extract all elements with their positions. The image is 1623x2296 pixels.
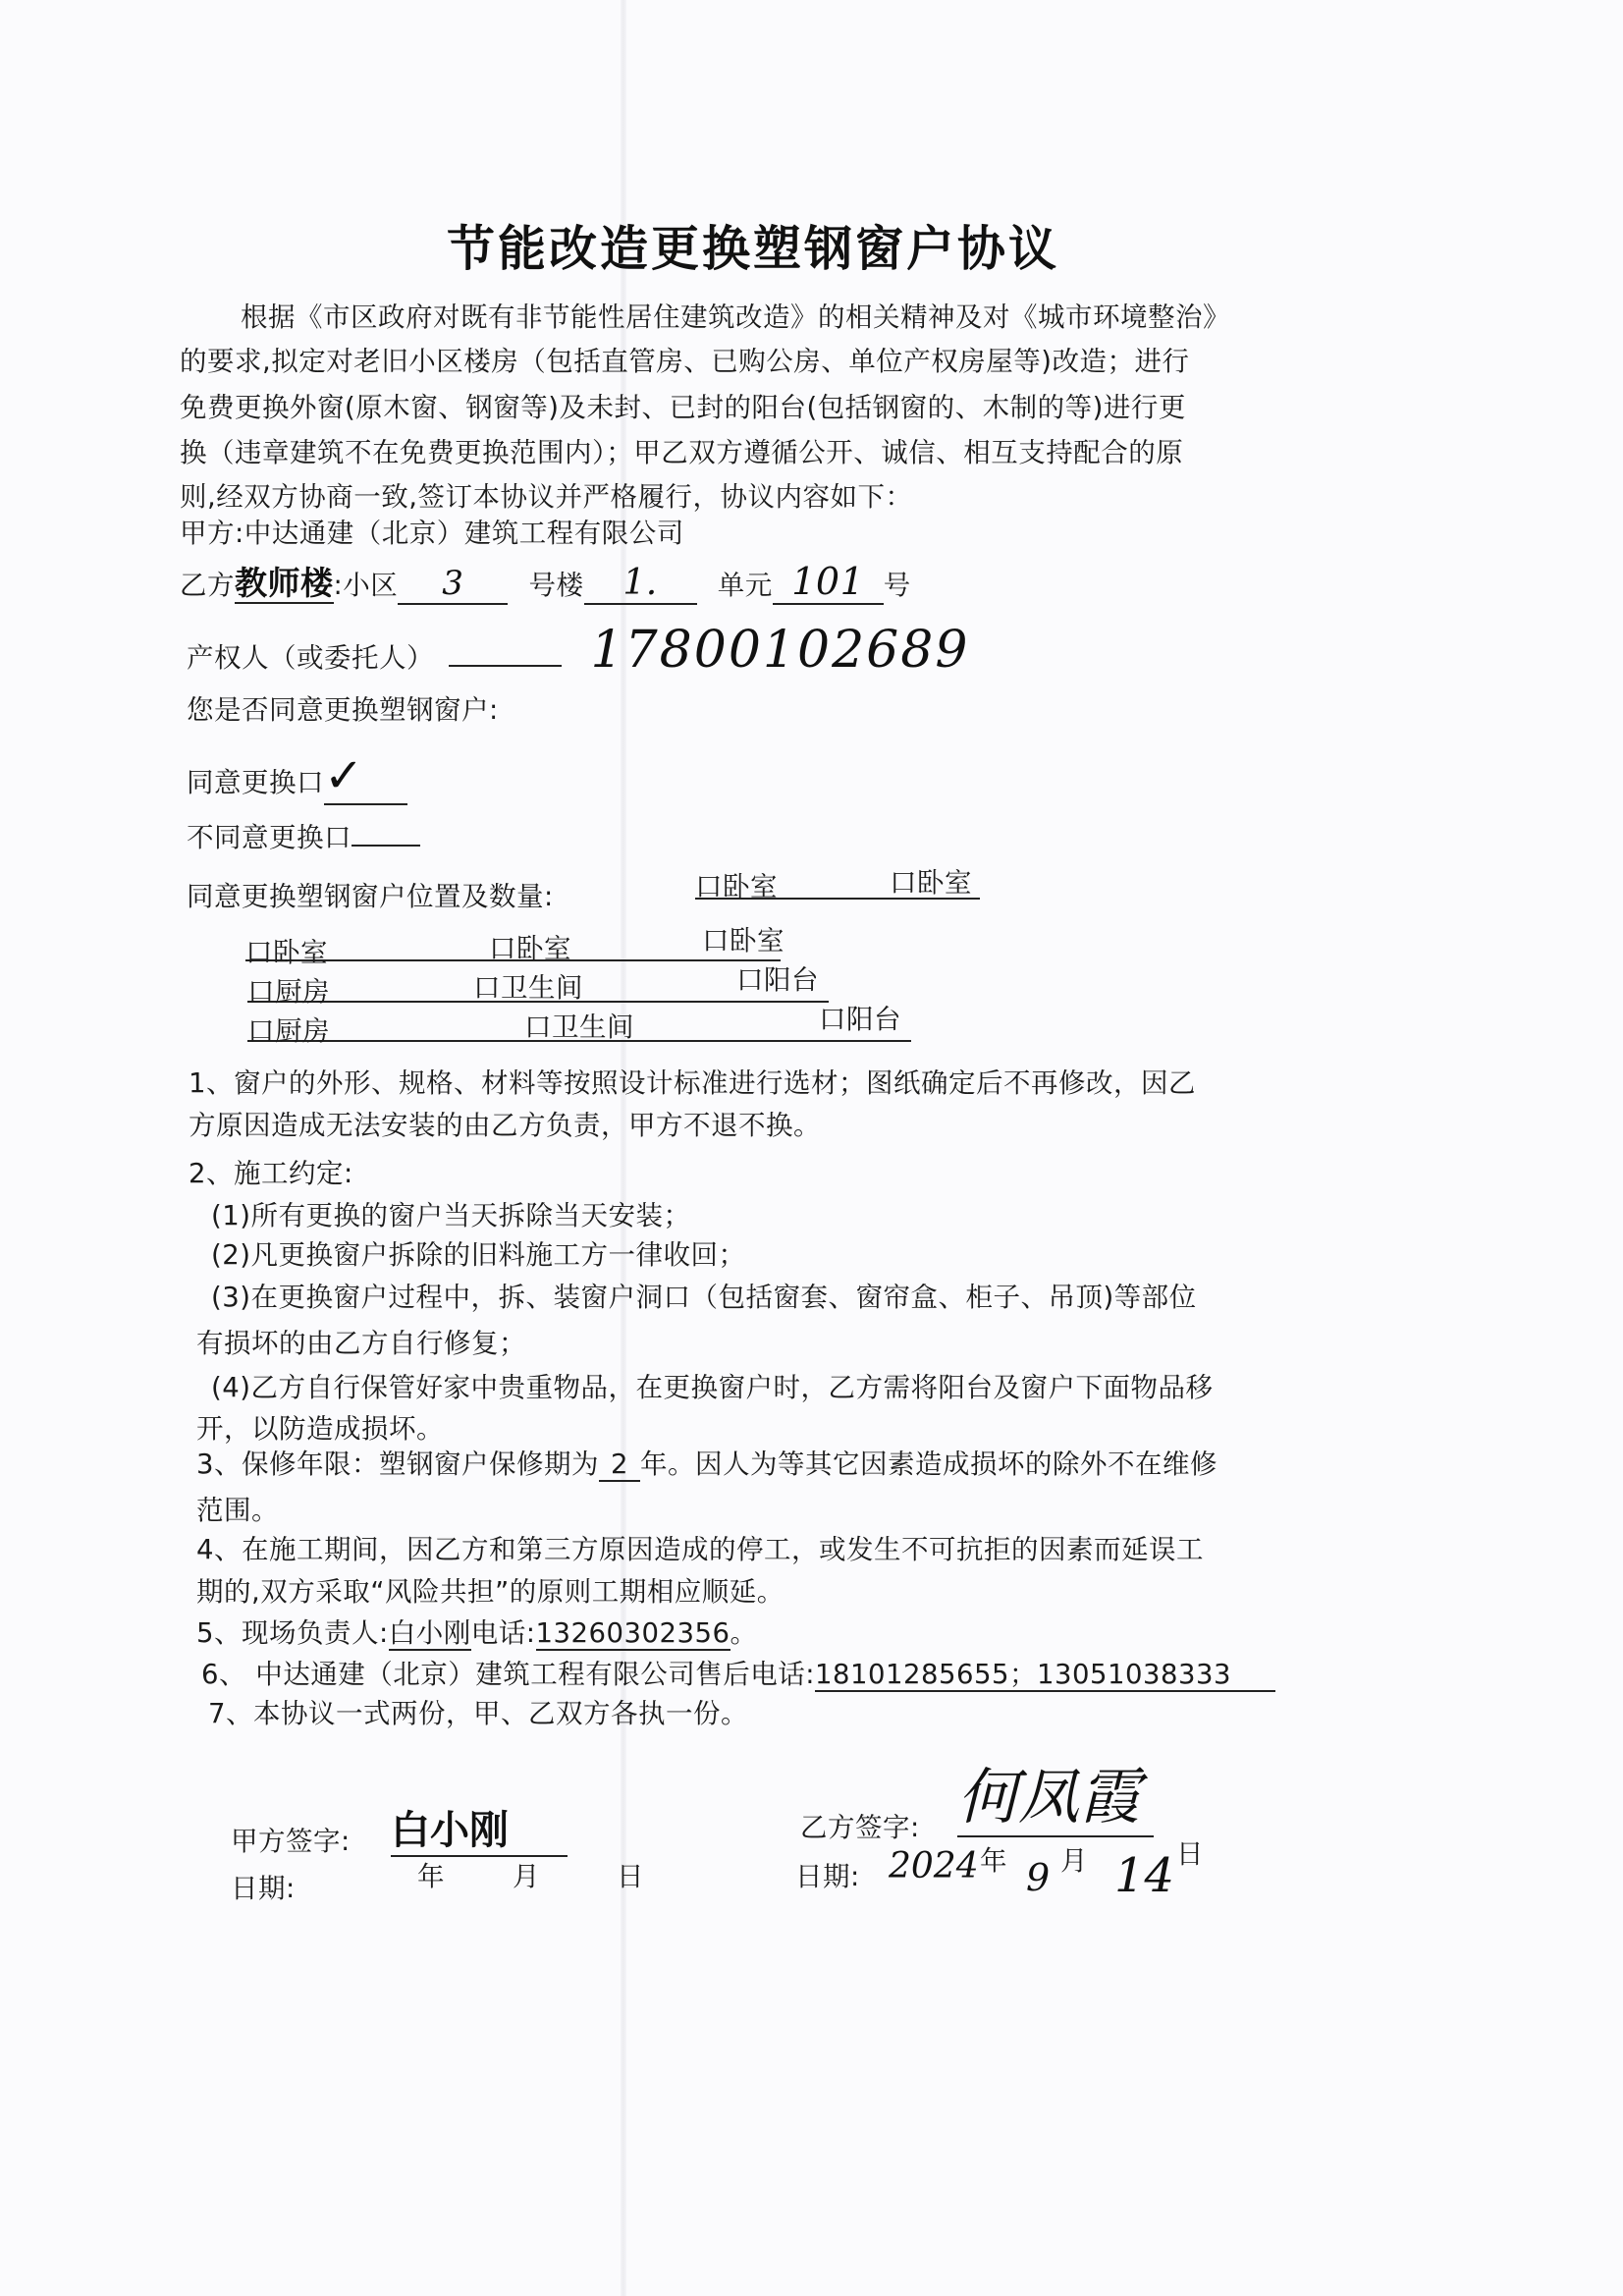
clause-5: 5、现场负责人:白小刚电话:13260302356。 (196, 1611, 758, 1650)
party-b-label: 乙方 (180, 570, 235, 601)
consent-question: 您是否同意更换塑钢窗户: (187, 687, 499, 727)
clause-3-line-2: 范围。 (196, 1488, 279, 1527)
party-a-day-label: 日 (617, 1854, 644, 1893)
room-label: 号 (884, 570, 911, 601)
clause-7: 7、本协议一式两份，甲、乙双方各执一份。 (208, 1691, 748, 1730)
party-a-signature[interactable]: 白小刚 (391, 1799, 568, 1857)
locations-row-1: 口卧室 口卧室 口卧室 (245, 928, 781, 961)
party-b-date-label: 日期: (795, 1854, 860, 1893)
clause-4-line-2: 期的,双方采取“风险共担”的原则工期相应顺延。 (196, 1569, 784, 1609)
locations-row-0: 口卧室 口卧室 (695, 864, 980, 900)
clause-5-end: 。 (730, 1617, 758, 1649)
party-a-month-label: 月 (513, 1854, 540, 1893)
agree-option[interactable]: 同意更换口✓ (187, 748, 407, 805)
party-b-day[interactable]: 14 (1114, 1848, 1174, 1903)
location-bathroom[interactable]: 口卫生间 (524, 1005, 634, 1044)
clause-2-title: 2、施工约定: (189, 1151, 353, 1190)
party-a-label: 甲方: (180, 518, 244, 549)
preamble-line-3: 免费更换外窗(原木窗、钢窗等)及未封、已封的阳台(包括钢窗的、木制的等)进行更 (180, 385, 1186, 424)
building-label: 号楼 (529, 570, 584, 601)
preamble-line-4: 换（违章建筑不在免费更换范围内）；甲乙双方遵循公开、诚信、相互支持配合的原 (180, 430, 1183, 469)
after-sales-label: 6、 中达通建（北京）建筑工程有限公司售后电话: (201, 1659, 815, 1690)
agree-label: 同意更换口 (187, 767, 324, 798)
agree-field[interactable]: ✓ (324, 748, 407, 805)
party-b-month[interactable]: 9 (1026, 1856, 1050, 1899)
party-b-signature[interactable]: 何凤霞 (957, 1748, 1154, 1837)
party-b-month-label: 月 (1060, 1838, 1088, 1878)
party-a-date-label: 日期: (231, 1866, 296, 1905)
location-kitchen[interactable]: 口厨房 (247, 969, 330, 1009)
preamble-line-1: 根据《市区政府对既有非节能性居住建筑改造》的相关精神及对《城市环境整治》 (241, 295, 1230, 334)
clause-1-line-2: 方原因造成无法安装的由乙方负责，甲方不退不换。 (189, 1103, 821, 1142)
clause-2-item-3-line-2: 有损坏的由乙方自行修复； (196, 1321, 526, 1360)
warranty-rest: 年。因人为等其它因素造成损坏的除外不在维修 (640, 1449, 1217, 1480)
warranty-label: 3、保修年限：塑钢窗户保修期为 (196, 1449, 599, 1480)
locations-row-3: 口厨房 口卫生间 口阳台 (247, 1007, 911, 1042)
community-suffix: :小区 (334, 570, 399, 601)
owner-phone-handwritten[interactable]: 17800102689 (591, 621, 970, 680)
party-b-line: 乙方教师楼:小区3 号楼1. 单元101号 (180, 558, 911, 605)
site-manager-name: 白小刚 (389, 1617, 471, 1651)
after-sales-phones[interactable]: 18101285655；13051038333 (815, 1659, 1275, 1692)
location-bedroom[interactable]: 口卧室 (245, 930, 328, 969)
disagree-option[interactable]: 不同意更换口 (187, 815, 420, 854)
warranty-years-field[interactable]: 2 (599, 1449, 640, 1482)
owner-label: 产权人（或委托人） (187, 642, 434, 674)
clause-3-line-1: 3、保修年限：塑钢窗户保修期为2年。因人为等其它因素造成损坏的除外不在维修 (196, 1442, 1217, 1482)
party-a-signature-label: 甲方签字: (231, 1819, 351, 1858)
party-a-line: 甲方:中达通建（北京）建筑工程有限公司 (180, 511, 684, 550)
clause-2-item-2: (2)凡更换窗户拆除的旧料施工方一律收回； (211, 1232, 745, 1272)
site-phone-number[interactable]: 13260302356 (536, 1617, 730, 1651)
party-b-signature-label: 乙方签字: (800, 1805, 920, 1844)
building-number-field[interactable]: 3 (398, 564, 508, 605)
location-balcony[interactable]: 口阳台 (819, 997, 901, 1036)
clause-2-item-4-line-1: (4)乙方自行保管好家中贵重物品，在更换窗户时，乙方需将阳台及窗户下面物品移 (211, 1365, 1213, 1404)
location-kitchen[interactable]: 口厨房 (247, 1009, 330, 1048)
party-a-name: 中达通建（北京）建筑工程有限公司 (244, 518, 684, 549)
location-bedroom[interactable]: 口卧室 (695, 864, 778, 903)
preamble-line-2: 的要求,拟定对老旧小区楼房（包括直管房、已购公房、单位产权房屋等)改造；进行 (180, 339, 1189, 378)
party-b-day-label: 日 (1176, 1831, 1204, 1871)
unit-number-field[interactable]: 1. (584, 563, 697, 605)
preamble-line-5: 则,经双方协商一致,签订本协议并严格履行，协议内容如下： (180, 474, 912, 514)
locations-row-2: 口厨房 口卫生间 口阳台 (247, 967, 829, 1003)
disagree-field[interactable] (352, 821, 420, 847)
clause-2-item-1: (1)所有更换的窗户当天拆除当天安装； (211, 1193, 690, 1232)
clause-4-line-1: 4、在施工期间，因乙方和第三方原因造成的停工，或发生不可抗拒的因素而延误工 (196, 1527, 1204, 1566)
unit-label: 单元 (718, 570, 773, 601)
site-phone-label: 电话: (471, 1617, 536, 1649)
checkmark-icon: ✓ (324, 748, 364, 803)
clause-6: 6、 中达通建（北京）建筑工程有限公司售后电话:18101285655；1305… (201, 1652, 1275, 1691)
document-title: 节能改造更换塑钢窗户协议 (447, 211, 1059, 280)
clause-2-item-3-line-1: (3)在更换窗户过程中，拆、装窗户洞口（包括窗套、窗帘盒、柜子、吊顶)等部位 (211, 1275, 1197, 1314)
owner-blank (449, 665, 562, 667)
party-b-year[interactable]: 2024 (889, 1846, 979, 1886)
room-number-field[interactable]: 101 (773, 560, 884, 605)
disagree-label: 不同意更换口 (187, 822, 352, 853)
location-bedroom[interactable]: 口卧室 (702, 918, 784, 957)
location-bathroom[interactable]: 口卫生间 (473, 965, 583, 1005)
party-a-year-label: 年 (417, 1854, 445, 1893)
party-b-year-label: 年 (980, 1838, 1007, 1878)
clause-2-item-4-line-2: 开，以防造成损坏。 (196, 1406, 444, 1446)
owner-line: 产权人（或委托人） 17800102689 (187, 621, 969, 680)
clause-1-line-1: 1、窗户的外形、规格、材料等按照设计标准进行选材；图纸确定后不再修改，因乙 (189, 1061, 1196, 1100)
location-bedroom[interactable]: 口卧室 (489, 926, 571, 965)
site-manager-label: 5、现场负责人: (196, 1617, 389, 1649)
community-name-handwritten[interactable]: 教师楼 (235, 564, 334, 604)
location-balcony[interactable]: 口阳台 (736, 957, 819, 997)
location-bedroom[interactable]: 口卧室 (890, 860, 972, 900)
locations-label: 同意更换塑钢窗户位置及数量: (187, 874, 554, 913)
